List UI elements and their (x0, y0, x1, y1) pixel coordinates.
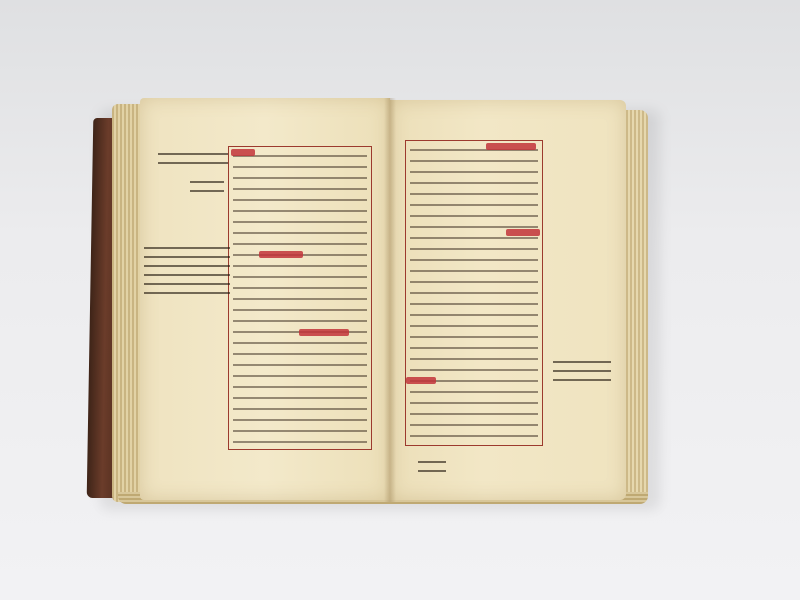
marginal-note (418, 458, 446, 476)
marginal-note (144, 244, 230, 296)
rubric-mark (259, 251, 303, 258)
handwritten-lines (410, 145, 538, 441)
handwritten-lines (233, 151, 367, 445)
rubric-mark (486, 143, 536, 150)
marginal-note (190, 178, 224, 192)
marginal-note (553, 358, 611, 386)
rubric-mark (406, 377, 436, 384)
rubric-mark (231, 149, 255, 156)
rubric-mark (299, 329, 349, 336)
right-text-block (405, 140, 543, 446)
book-gutter (384, 98, 396, 502)
left-text-block (228, 146, 372, 450)
marginal-note (158, 150, 228, 166)
rubric-mark (506, 229, 540, 236)
